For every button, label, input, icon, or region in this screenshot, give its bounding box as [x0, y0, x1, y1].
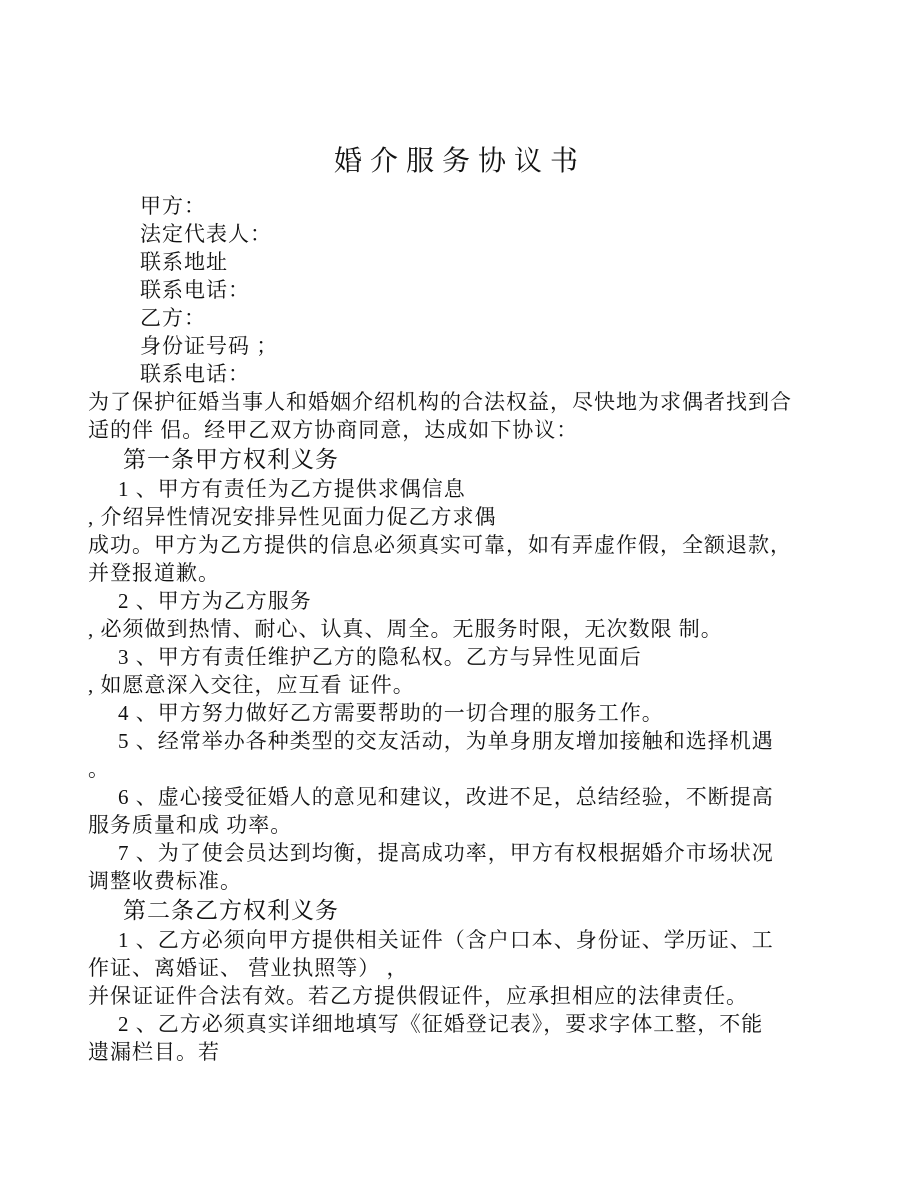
document-line: 甲方：: [88, 192, 864, 220]
document-line: 第二条乙方权利义务: [88, 895, 864, 926]
document-page: 婚介服务协议书 甲方：法定代表人：联系地址联系电话：乙方：身份证号码 ；联系电话…: [0, 0, 920, 1192]
document-line: 身份证号码 ；: [88, 332, 864, 360]
document-body: 甲方：法定代表人：联系地址联系电话：乙方：身份证号码 ；联系电话：为了保护征婚当…: [0, 192, 920, 1066]
document-line: 7 、为了使会员达到均衡，提高成功率，甲方有权根据婚介市场状况: [88, 839, 864, 867]
document-line: 1 、乙方必须向甲方提供相关证件（含户口本、身份证、学历证、工: [88, 926, 864, 954]
document-line: 法定代表人：: [88, 220, 864, 248]
document-line: 。: [88, 755, 864, 783]
document-line: 服务质量和成 功率。: [88, 811, 864, 839]
document-line: 并保证证件合法有效。若乙方提供假证件，应承担相应的法律责任。: [88, 982, 864, 1010]
document-line: 适的伴 侣。经甲乙双方协商同意，达成如下协议：: [88, 416, 864, 444]
document-line: 2 、乙方必须真实详细地填写《征婚登记表》，要求字体工整，不能: [88, 1010, 864, 1038]
document-line: 遗漏栏目。若: [88, 1038, 864, 1066]
document-line: 作证、离婚证、 营业执照等） ，: [88, 954, 864, 982]
document-line: 成功。甲方为乙方提供的信息必须真实可靠，如有弄虚作假，全额退款，: [88, 531, 864, 559]
document-line: 调整收费标准。: [88, 867, 864, 895]
document-title: 婚介服务协议书: [0, 141, 920, 183]
document-line: 并登报道歉。: [88, 559, 864, 587]
document-line: , 介绍异性情况安排异性见面力促乙方求偶: [88, 503, 864, 531]
document-line: 6 、虚心接受征婚人的意见和建议，改进不足，总结经验，不断提高: [88, 783, 864, 811]
document-line: 4 、甲方努力做好乙方需要帮助的一切合理的服务工作。: [88, 699, 864, 727]
document-line: 联系电话：: [88, 360, 864, 388]
document-line: 联系地址: [88, 248, 864, 276]
document-line: 为了保护征婚当事人和婚姻介绍机构的合法权益，尽快地为求偶者找到合: [88, 388, 864, 416]
document-line: 3 、甲方有责任维护乙方的隐私权。乙方与异性见面后: [88, 643, 864, 671]
document-line: , 如愿意深入交往，应互看 证件。: [88, 671, 864, 699]
document-line: 5 、经常举办各种类型的交友活动，为单身朋友增加接触和选择机遇: [88, 727, 864, 755]
document-line: 乙方：: [88, 304, 864, 332]
document-line: , 必须做到热情、耐心、认真、周全。无服务时限，无次数限 制。: [88, 615, 864, 643]
document-line: 1 、甲方有责任为乙方提供求偶信息: [88, 475, 864, 503]
document-line: 第一条甲方权利义务: [88, 444, 864, 475]
document-line: 2 、甲方为乙方服务: [88, 587, 864, 615]
document-line: 联系电话：: [88, 276, 864, 304]
